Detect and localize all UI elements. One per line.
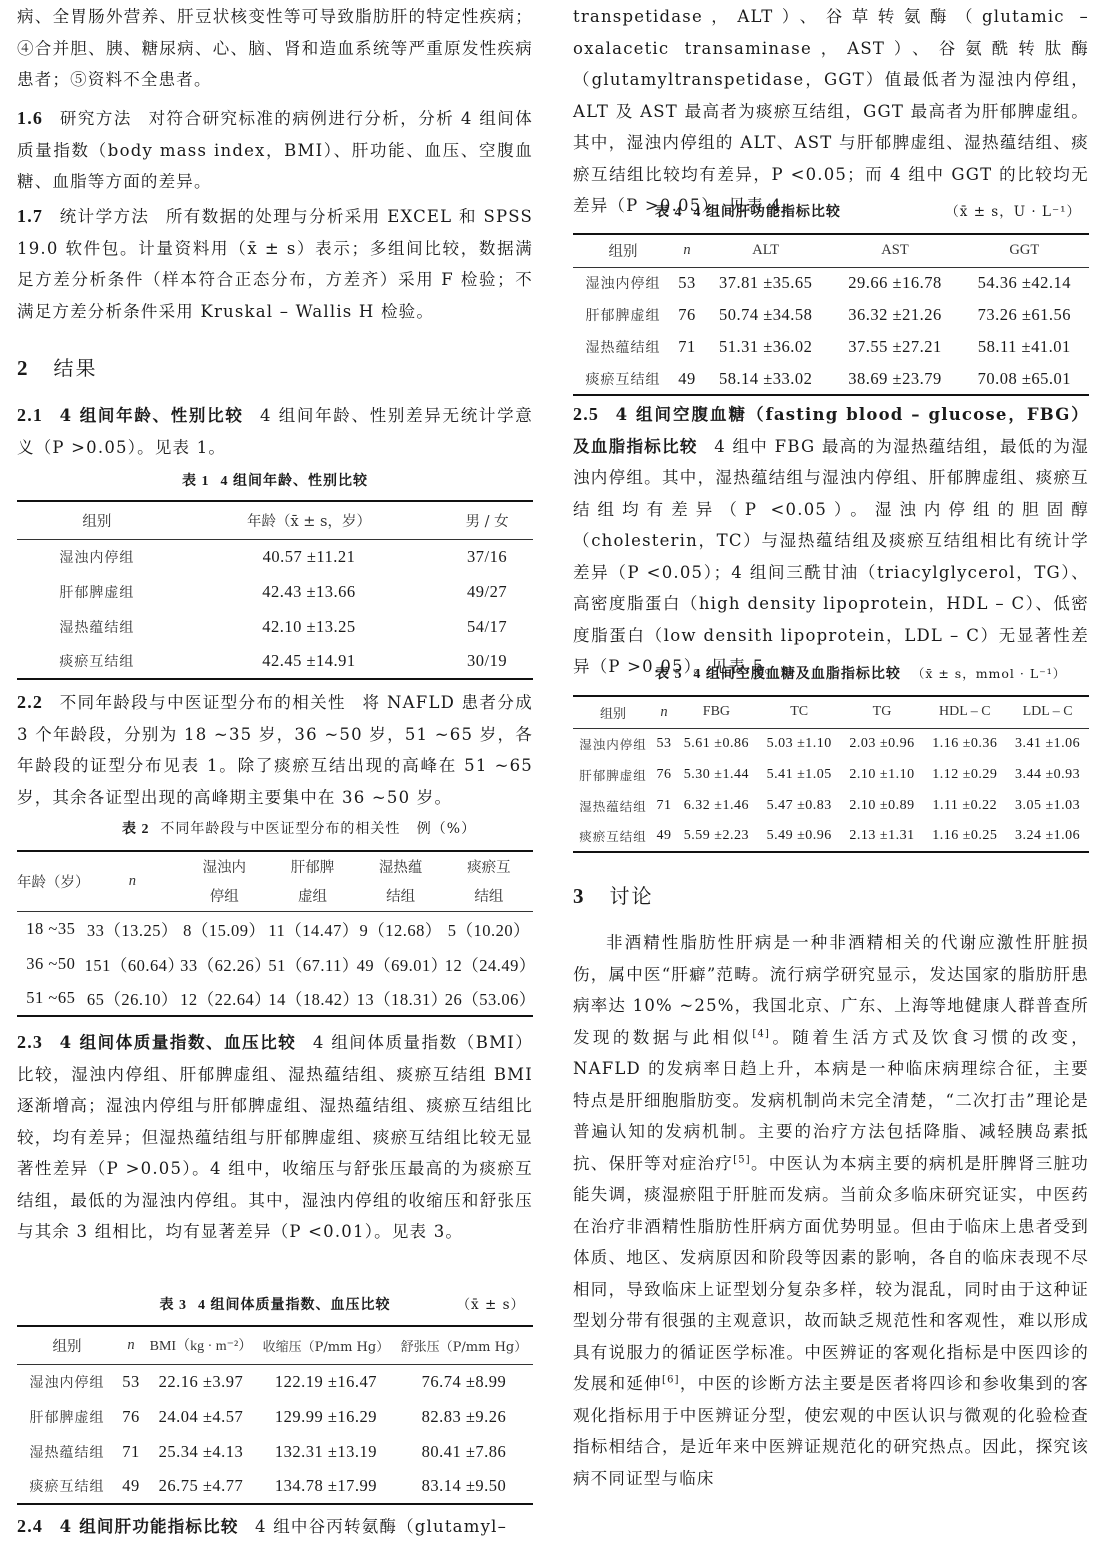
col-header: n	[85, 851, 181, 911]
table-5: 组别 n FBG TC TG HDL – C LDL – C 湿浊内停组535.…	[573, 695, 1089, 853]
section-title: 结果	[54, 356, 98, 380]
cell: 湿热蕴结组	[17, 1434, 117, 1469]
cell: 1.12 ±0.29	[923, 759, 1006, 790]
section-title: 4 组间肝功能指标比较	[60, 1517, 239, 1536]
cell: 14（18.42）	[268, 981, 356, 1016]
cell: 51.31 ±36.02	[701, 331, 830, 363]
section-2-2: 2.2不同年龄段与中医证型分布的相关性将 NAFLD 患者分成 3 个年龄段，分…	[17, 687, 533, 813]
cell: 1.11 ±0.22	[923, 790, 1006, 821]
cell: 湿浊内停组	[573, 267, 673, 299]
section-2-3: 2.34 组间体质量指数、血压比较4 组间体质量指数（BMI）比较，湿浊内停组、…	[17, 1027, 533, 1248]
table-row: 湿热蕴结组7125.34 ±4.13132.31 ±13.1980.41 ±7.…	[17, 1434, 533, 1469]
citation-ref[interactable]: [6]	[662, 1375, 680, 1386]
cell: 71	[673, 331, 701, 363]
col-header: 痰瘀互	[445, 851, 533, 881]
cell: 1.16 ±0.36	[923, 728, 1006, 759]
section-number: 2.4	[17, 1516, 43, 1536]
cell: 82.83 ±9.26	[395, 1399, 533, 1434]
col-header: 舒张压（P/mm Hg）	[395, 1326, 533, 1364]
col-header: 肝郁脾	[268, 851, 356, 881]
col-header: GGT	[960, 234, 1089, 267]
section-3-heading: 3讨论	[573, 880, 654, 909]
citation-ref[interactable]: [5]	[733, 1154, 751, 1165]
cell: 5.47 ±0.83	[758, 790, 841, 821]
cell: 53	[673, 267, 701, 299]
cell: 71	[117, 1434, 145, 1469]
cell: 3.41 ±1.06	[1006, 728, 1089, 759]
col-header: 组别	[17, 501, 177, 539]
table-row: 湿热蕴结组716.32 ±1.465.47 ±0.832.10 ±0.891.1…	[573, 790, 1089, 821]
cell: 湿浊内停组	[17, 539, 177, 574]
cell: 30/19	[441, 644, 533, 679]
table-row: 肝郁脾虚组765.30 ±1.445.41 ±1.052.10 ±1.101.1…	[573, 759, 1089, 790]
col-header: TC	[758, 696, 841, 728]
table-row: 痰瘀互结组42.45 ±14.9130/19	[17, 644, 533, 679]
cell: 12（24.49）	[445, 946, 533, 981]
table-row: 18 ~3533（13.25）8（15.09）11（14.47）9（12.68）…	[17, 911, 533, 946]
cell: 54/17	[441, 609, 533, 644]
cell: 肝郁脾虚组	[573, 299, 673, 331]
cell: 49	[653, 821, 675, 852]
table-row: 湿热蕴结组7151.31 ±36.0237.55 ±27.2158.11 ±41…	[573, 331, 1089, 363]
col-header: ALT	[701, 234, 830, 267]
table-row: 36 ~50151（60.64）33（62.26）51（67.11）49（69.…	[17, 946, 533, 981]
cell: 65（26.10）	[85, 981, 181, 1016]
col-header: 组别	[573, 696, 653, 728]
cell: 33（62.26）	[180, 946, 268, 981]
cell: 5.49 ±0.96	[758, 821, 841, 852]
col-header: 收缩压（P/mm Hg）	[257, 1326, 395, 1364]
cell: 73.26 ±61.56	[960, 299, 1089, 331]
table-3: 组别 n BMI（kg · m⁻²） 收缩压（P/mm Hg） 舒张压（P/mm…	[17, 1325, 533, 1505]
cell: 36 ~50	[17, 946, 85, 981]
col-header: LDL – C	[1006, 696, 1089, 728]
cell: 湿热蕴结组	[573, 790, 653, 821]
cell: 40.57 ±11.21	[177, 539, 441, 574]
table-title: 不同年龄段与中医证型分布的相关性	[160, 821, 400, 837]
cell: 3.05 ±1.03	[1006, 790, 1089, 821]
cell: 24.04 ±4.57	[145, 1399, 257, 1434]
cell: 83.14 ±9.50	[395, 1469, 533, 1504]
cell: 49	[117, 1469, 145, 1504]
cell: 湿热蕴结组	[573, 331, 673, 363]
table-row: 痰瘀互结组4926.75 ±4.77134.78 ±17.9983.14 ±9.…	[17, 1469, 533, 1504]
cell: 18 ~35	[17, 911, 85, 946]
cell: 42.10 ±13.25	[177, 609, 441, 644]
col-header: n	[673, 234, 701, 267]
cell: 1.16 ±0.25	[923, 821, 1006, 852]
table-4-caption: 表 4 4 组间肝功能指标比较（x̄ ± s，U · L⁻¹）	[573, 201, 1089, 224]
table-2: 年龄（岁） n 湿浊内 肝郁脾 湿热蕴 痰瘀互 停组 虚组 结组 结组 18 ~…	[17, 850, 533, 1017]
cell: 53	[653, 728, 675, 759]
cell: 2.10 ±1.10	[841, 759, 924, 790]
cell: 38.69 ±23.79	[830, 363, 959, 395]
cell: 122.19 ±16.47	[257, 1364, 395, 1399]
cell: 37.55 ±27.21	[830, 331, 959, 363]
section-2-5: 2.54 组间空腹血糖（fasting blood – glucose，FBG）…	[573, 399, 1089, 683]
table-row: 51 ~6565（26.10）12（22.64）14（18.42）13（18.3…	[17, 981, 533, 1016]
section-number: 1.6	[17, 108, 43, 128]
cell: 58.14 ±33.02	[701, 363, 830, 395]
col-header: FBG	[675, 696, 758, 728]
col-header: AST	[830, 234, 959, 267]
col-header: n	[653, 696, 675, 728]
table-row: 湿浊内停组5337.81 ±35.6529.66 ±16.7854.36 ±42…	[573, 267, 1089, 299]
table-unit: （x̄ ± s，mmol · L⁻¹）	[912, 666, 1066, 681]
cell: 76	[653, 759, 675, 790]
cell: 134.78 ±17.99	[257, 1469, 395, 1504]
cell: 76	[117, 1399, 145, 1434]
table-3-caption: 表 3 4 组间体质量指数、血压比较（x̄ ± s）	[17, 1294, 533, 1317]
section-1-6: 1.6研究方法对符合研究标准的病例进行分析，分析 4 组间体质量指数（body …	[17, 103, 533, 198]
cell: 5.59 ±2.23	[675, 821, 758, 852]
cell: 49（69.01）	[357, 946, 445, 981]
cell: 6.32 ±1.46	[675, 790, 758, 821]
col-header: 虚组	[268, 881, 356, 911]
cell: 痰瘀互结组	[17, 1469, 117, 1504]
cell: 肝郁脾虚组	[17, 574, 177, 609]
cell: 49/27	[441, 574, 533, 609]
cell: 54.36 ±42.14	[960, 267, 1089, 299]
section-number: 3	[573, 884, 586, 908]
section-text: 4 组中谷丙转氨酶（glutamyl–	[255, 1517, 507, 1536]
cell: 5（10.20）	[445, 911, 533, 946]
cell: 42.43 ±13.66	[177, 574, 441, 609]
section-title: 统计学方法	[60, 207, 150, 226]
cell: 71	[653, 790, 675, 821]
table-row: 肝郁脾虚组42.43 ±13.6649/27	[17, 574, 533, 609]
section-2-heading: 2结果	[17, 352, 98, 381]
cell: 76	[673, 299, 701, 331]
col-header: 结组	[357, 881, 445, 911]
table-5-caption: 表 5 4 组间空腹血糖及血脂指标比较 （x̄ ± s，mmol · L⁻¹）	[573, 663, 1089, 686]
cell: 11（14.47）	[268, 911, 356, 946]
cell: 70.08 ±65.01	[960, 363, 1089, 395]
section-text: 4 组中 FBG 最高的为湿热蕴结组，最低的为湿浊内停组。其中，湿热蕴结组与湿浊…	[573, 437, 1089, 677]
table-row: 痰瘀互结组4958.14 ±33.0238.69 ±23.7970.08 ±65…	[573, 363, 1089, 395]
cell: 26（53.06）	[445, 981, 533, 1016]
cell: 51 ~65	[17, 981, 85, 1016]
cell: 26.75 ±4.77	[145, 1469, 257, 1504]
table-2-caption: 表 2 不同年龄段与中医证型分布的相关性 例（%）	[17, 818, 533, 841]
cell: 12（22.64）	[180, 981, 268, 1016]
cell: 37/16	[441, 539, 533, 574]
discussion-text: 。随着生活方式及饮食习惯的改变，NAFLD 的发病率日趋上升，本病是一种临床病理…	[573, 1028, 1089, 1173]
table-unit: 例（%）	[417, 821, 476, 837]
col-header: 结组	[445, 881, 533, 911]
cell: 58.11 ±41.01	[960, 331, 1089, 363]
table-4: 组别 n ALT AST GGT 湿浊内停组5337.81 ±35.6529.6…	[573, 233, 1089, 396]
cell: 湿浊内停组	[17, 1364, 117, 1399]
cell: 5.03 ±1.10	[758, 728, 841, 759]
col-header: BMI（kg · m⁻²）	[145, 1326, 257, 1364]
cell: 痰瘀互结组	[573, 363, 673, 395]
cell: 42.45 ±14.91	[177, 644, 441, 679]
section-title: 不同年龄段与中医证型分布的相关性	[60, 693, 346, 712]
cell: 5.41 ±1.05	[758, 759, 841, 790]
cell: 132.31 ±13.19	[257, 1434, 395, 1469]
table-1-caption: 表 1 4 组间年龄、性别比较	[17, 470, 533, 493]
table-row: 湿浊内停组5322.16 ±3.97122.19 ±16.4776.74 ±8.…	[17, 1364, 533, 1399]
table-row: 肝郁脾虚组7650.74 ±34.5836.32 ±21.2673.26 ±61…	[573, 299, 1089, 331]
cell: 49	[673, 363, 701, 395]
section-title: 讨论	[610, 884, 654, 908]
paragraph-liver-function-cont: transpetidase，ALT）、谷草转氨酶（glutamic – oxal…	[573, 1, 1089, 222]
discussion-text: 。中医认为本病主要的病机是肝脾肾三脏功能失调，痰湿瘀阻于肝脏而发病。当前众多临床…	[573, 1154, 1089, 1394]
table-row: 湿热蕴结组42.10 ±13.2554/17	[17, 609, 533, 644]
table-label: 表 1	[182, 474, 210, 489]
table-label: 表 5	[655, 667, 683, 682]
table-title: 4 组间肝功能指标比较	[693, 205, 841, 220]
table-row: 痰瘀互结组495.59 ±2.235.49 ±0.962.13 ±1.311.1…	[573, 821, 1089, 852]
cell: 13（18.31）	[357, 981, 445, 1016]
table-label: 表 2	[122, 822, 150, 837]
col-header: 组别	[17, 1326, 117, 1364]
paragraph-exclusion-criteria-cont: 病、全胃肠外营养、肝豆状核变性等可导致脂肪肝的特定性疾病；④合并胆、胰、糖尿病、…	[17, 1, 533, 96]
col-header: HDL – C	[923, 696, 1006, 728]
cell: 129.99 ±16.29	[257, 1399, 395, 1434]
section-title: 4 组间年龄、性别比较	[60, 406, 244, 425]
col-header: 年龄（岁）	[17, 851, 85, 911]
cell: 9（12.68）	[357, 911, 445, 946]
cell: 37.81 ±35.65	[701, 267, 830, 299]
cell: 76.74 ±8.99	[395, 1364, 533, 1399]
table-label: 表 3	[160, 1298, 188, 1313]
col-header: 男 / 女	[441, 501, 533, 539]
cell: 2.10 ±0.89	[841, 790, 924, 821]
section-text: 4 组间体质量指数（BMI）比较，湿浊内停组、肝郁脾虚组、湿热蕴结组、痰瘀互结组…	[17, 1033, 533, 1241]
col-header: n	[117, 1326, 145, 1364]
cell: 50.74 ±34.58	[701, 299, 830, 331]
cell: 8（15.09）	[180, 911, 268, 946]
cell: 湿浊内停组	[573, 728, 653, 759]
cell: 痰瘀互结组	[573, 821, 653, 852]
cell: 36.32 ±21.26	[830, 299, 959, 331]
section-2-1: 2.14 组间年龄、性别比较4 组间年龄、性别差异无统计学意义（P >0.05）…	[17, 400, 533, 463]
table-label: 表 4	[655, 205, 683, 220]
table-unit: （x̄ ± s）	[457, 1294, 525, 1316]
citation-ref[interactable]: [4]	[752, 1028, 770, 1039]
discussion-paragraph: 非酒精性脂肪性肝病是一种非酒精相关的代谢应激性肝脏损伤，属中医“肝癖”范畴。流行…	[573, 927, 1089, 1494]
cell: 2.13 ±1.31	[841, 821, 924, 852]
cell: 53	[117, 1364, 145, 1399]
cell: 22.16 ±3.97	[145, 1364, 257, 1399]
table-title: 4 组间年龄、性别比较	[220, 474, 368, 489]
section-2-4: 2.44 组间肝功能指标比较4 组中谷丙转氨酶（glutamyl–	[17, 1511, 537, 1543]
col-header: 湿浊内	[180, 851, 268, 881]
table-title: 4 组间体质量指数、血压比较	[198, 1298, 391, 1313]
table-row: 湿浊内停组40.57 ±11.2137/16	[17, 539, 533, 574]
table-row: 湿浊内停组535.61 ±0.865.03 ±1.102.03 ±0.961.1…	[573, 728, 1089, 759]
section-number: 2.3	[17, 1032, 43, 1052]
cell: 肝郁脾虚组	[17, 1399, 117, 1434]
section-number: 2.1	[17, 405, 43, 425]
cell: 肝郁脾虚组	[573, 759, 653, 790]
cell: 29.66 ±16.78	[830, 267, 959, 299]
section-number: 2.2	[17, 692, 43, 712]
section-1-7: 1.7统计学方法所有数据的处理与分析采用 EXCEL 和 SPSS 19.0 软…	[17, 201, 533, 327]
col-header: 年龄（x̄ ± s，岁）	[177, 501, 441, 539]
col-header: 停组	[180, 881, 268, 911]
section-number: 2.5	[573, 404, 599, 424]
cell: 5.30 ±1.44	[675, 759, 758, 790]
section-number: 2	[17, 356, 30, 380]
cell: 5.61 ±0.86	[675, 728, 758, 759]
cell: 3.24 ±1.06	[1006, 821, 1089, 852]
table-title: 4 组间空腹血糖及血脂指标比较	[693, 667, 901, 682]
cell: 151（60.64）	[85, 946, 181, 981]
col-header: 组别	[573, 234, 673, 267]
table-1: 组别 年龄（x̄ ± s，岁） 男 / 女 湿浊内停组40.57 ±11.213…	[17, 500, 533, 680]
cell: 25.34 ±4.13	[145, 1434, 257, 1469]
cell: 3.44 ±0.93	[1006, 759, 1089, 790]
cell: 痰瘀互结组	[17, 644, 177, 679]
section-title: 4 组间体质量指数、血压比较	[60, 1033, 297, 1052]
section-title: 研究方法	[60, 109, 132, 128]
cell: 2.03 ±0.96	[841, 728, 924, 759]
cell: 湿热蕴结组	[17, 609, 177, 644]
col-header: TG	[841, 696, 924, 728]
table-row: 肝郁脾虚组7624.04 ±4.57129.99 ±16.2982.83 ±9.…	[17, 1399, 533, 1434]
cell: 80.41 ±7.86	[395, 1434, 533, 1469]
cell: 51（67.11）	[268, 946, 356, 981]
table-unit: （x̄ ± s，U · L⁻¹）	[945, 201, 1081, 223]
cell: 33（13.25）	[85, 911, 181, 946]
section-number: 1.7	[17, 206, 43, 226]
col-header: 湿热蕴	[357, 851, 445, 881]
